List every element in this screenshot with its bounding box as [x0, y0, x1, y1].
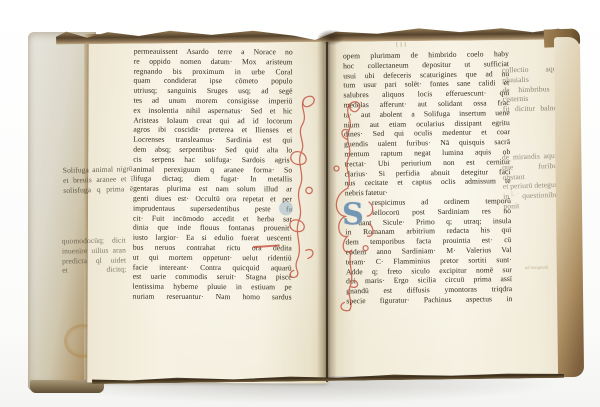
illuminated-initial: S: [342, 200, 364, 230]
text-line: de himbribus i cisternis: [502, 84, 560, 105]
folio-number: III: [396, 41, 409, 48]
text-line: ex insolentia nihil aspernatus· Sed et h…: [133, 105, 292, 115]
top-gutter-notch: [318, 30, 344, 45]
blue-ink-dot: [279, 201, 293, 215]
gutter-line: [326, 38, 328, 382]
text-line: genti diues est· Occultū ora repetat et …: [133, 194, 292, 204]
text-line: solisfuga q prima ē: [63, 184, 133, 196]
left-page-text-column: permeauissent Asardo terre a Norace nore…: [133, 47, 293, 302]
text-line: gentaras plurima est nam solum illud ar: [133, 184, 292, 194]
text-line: dem absq; serpentibus· Sed quid alta lo: [133, 145, 292, 155]
text-line: lentissima hyberne pluuie in estiuam pe: [133, 282, 292, 292]
red-penwork-flourish-left: [276, 90, 321, 280]
text-line: re oppido nomen datum· Mox aristeum: [134, 56, 293, 66]
right-margin-note-2: de mirandis aquisque furibus obstantet p…: [502, 151, 562, 212]
left-margin-note-1: Solifuga animal nigrūet breuis aranee et…: [63, 164, 134, 195]
text-line: inuenire uilius aran: [62, 245, 126, 256]
photo-of-open-incunabulum: L permeauissent Asardo terre a Norace no…: [0, 0, 600, 407]
left-page: L permeauissent Asardo terre a Norace no…: [87, 39, 328, 383]
text-line: que furibus obstant: [502, 161, 561, 182]
right-margin-note-1: collectio aque pluuialisde himbribus i c…: [502, 64, 561, 114]
right-fore-edge: [554, 37, 584, 377]
text-line: collectio aque pluuialis: [502, 64, 560, 85]
text-line: iusto largior· Ea si edulio fuerat uesce…: [133, 233, 292, 243]
left-margin-note-2: quomodocūq; dicitinuenire uilius aranpre…: [62, 235, 127, 275]
right-page: III opem plurimam de himbrido coelo haby…: [324, 32, 567, 376]
text-line: et dicitq;: [62, 265, 126, 276]
text-line: permeauissent Asardo terre a Norace no: [134, 47, 293, 57]
text-line: Locrenses transleamus· Sardinia est qui: [133, 135, 292, 145]
text-line: imprudentaus supersedentibus peste fa: [133, 203, 292, 213]
text-line: fit dicitur balneū: [503, 103, 561, 114]
text-line: cis serpens hac solifuga· Sardois agris·: [133, 154, 292, 164]
right-margin-mark: L··: [511, 190, 520, 198]
text-line: ut qui mortem oppetunt· uelut ridentiū: [133, 252, 292, 262]
text-line: nuriam reseruantur· Nam homo sardus: [133, 292, 292, 302]
text-line: tes ad unum morem consigisse imperiū: [133, 96, 292, 106]
